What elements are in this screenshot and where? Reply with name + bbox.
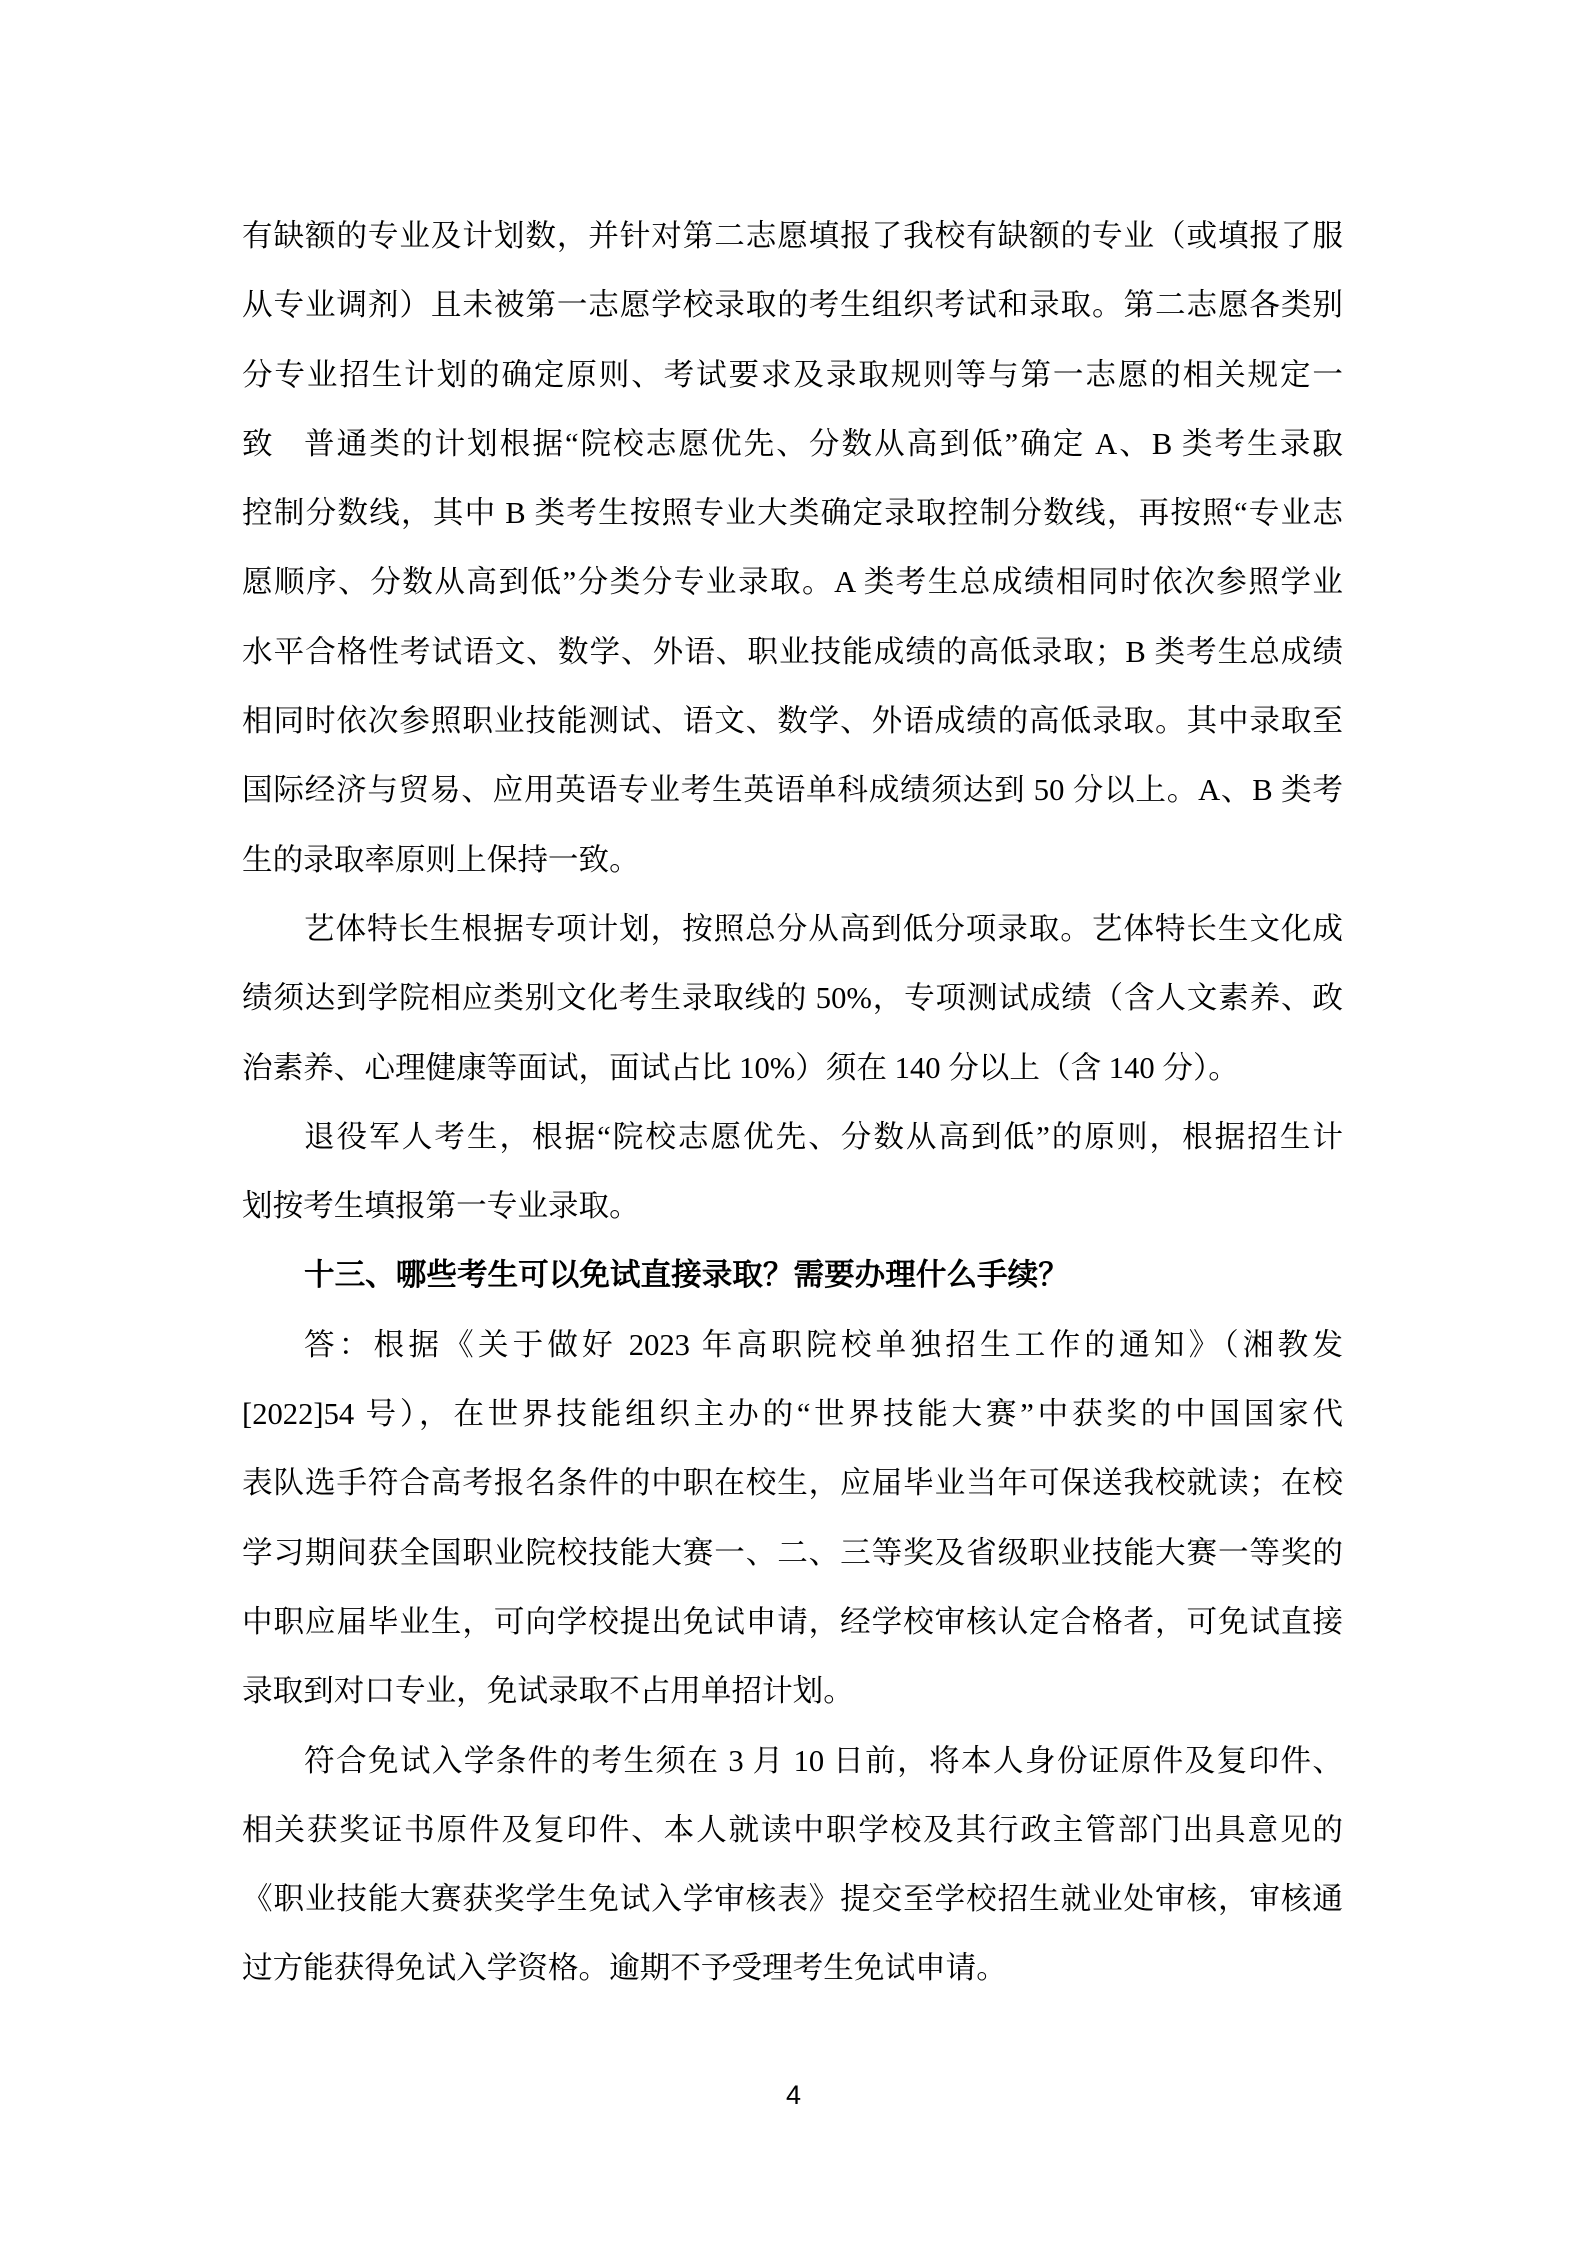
text-line: 艺体特长生根据专项计划，按照总分从高到低分项录取。艺体特长生文化成	[242, 895, 1343, 964]
text-line: 治素养、心理健康等面试，面试占比 10%）须在 140 分以上（含 140 分）…	[242, 1034, 1343, 1103]
text-line: 表队选手符合高考报名条件的中职在校生，应届毕业当年可保送我校就读；在校	[242, 1449, 1343, 1518]
text-line: 普通类的计划根据“院校志愿优先、分数从高到低”确定 A、B 类考生录取	[242, 410, 1343, 479]
text-line: 中职应届毕业生，可向学校提出免试申请，经学校审核认定合格者，可免试直接	[242, 1588, 1343, 1657]
text-line: 水平合格性考试语文、数学、外语、职业技能成绩的高低录取；B 类考生总成绩	[242, 618, 1343, 687]
text-line: 《职业技能大赛获奖学生免试入学审核表》提交至学校招生就业处审核，审核通	[242, 1865, 1343, 1934]
text-line: 答：根据《关于做好 2023 年高职院校单独招生工作的通知》（湘教发	[242, 1311, 1343, 1380]
text-line: 从专业调剂）且未被第一志愿学校录取的考生组织考试和录取。第二志愿各类别	[242, 271, 1343, 340]
text-line: 录取到对口专业，免试录取不占用单招计划。	[242, 1657, 1343, 1726]
text-line: 相同时依次参照职业技能测试、语文、数学、外语成绩的高低录取。其中录取至	[242, 687, 1343, 756]
document-page: 有缺额的专业及计划数，并针对第二志愿填报了我校有缺额的专业（或填报了服 从专业调…	[0, 0, 1587, 2245]
text-line: 有缺额的专业及计划数，并针对第二志愿填报了我校有缺额的专业（或填报了服	[242, 202, 1343, 271]
text-line: 国际经济与贸易、应用英语专业考生英语单科成绩须达到 50 分以上。A、B 类考	[242, 756, 1343, 825]
text-line: 分专业招生计划的确定原则、考试要求及录取规则等与第一志愿的相关规定一致。	[242, 341, 1343, 410]
text-line: 生的录取率原则上保持一致。	[242, 826, 1343, 895]
text-line: 控制分数线，其中 B 类考生按照专业大类确定录取控制分数线，再按照“专业志	[242, 479, 1343, 548]
text-line: 退役军人考生，根据“院校志愿优先、分数从高到低”的原则，根据招生计	[242, 1103, 1343, 1172]
page-number: 4	[0, 2078, 1587, 2112]
document-body: 有缺额的专业及计划数，并针对第二志愿填报了我校有缺额的专业（或填报了服 从专业调…	[242, 202, 1343, 2004]
text-line: 绩须达到学院相应类别文化考生录取线的 50%，专项测试成绩（含人文素养、政	[242, 964, 1343, 1033]
text-line: 愿顺序、分数从高到低”分类分专业录取。A 类考生总成绩相同时依次参照学业	[242, 548, 1343, 617]
section-heading: 十三、哪些考生可以免试直接录取？需要办理什么手续？	[242, 1241, 1343, 1310]
text-line: 过方能获得免试入学资格。逾期不予受理考生免试申请。	[242, 1934, 1343, 2003]
text-line: 相关获奖证书原件及复印件、本人就读中职学校及其行政主管部门出具意见的	[242, 1796, 1343, 1865]
text-line: 学习期间获全国职业院校技能大赛一、二、三等奖及省级职业技能大赛一等奖的	[242, 1519, 1343, 1588]
text-line: 划按考生填报第一专业录取。	[242, 1172, 1343, 1241]
text-line: 符合免试入学条件的考生须在 3 月 10 日前，将本人身份证原件及复印件、	[242, 1727, 1343, 1796]
text-line: [2022]54 号），在世界技能组织主办的“世界技能大赛”中获奖的中国国家代	[242, 1380, 1343, 1449]
